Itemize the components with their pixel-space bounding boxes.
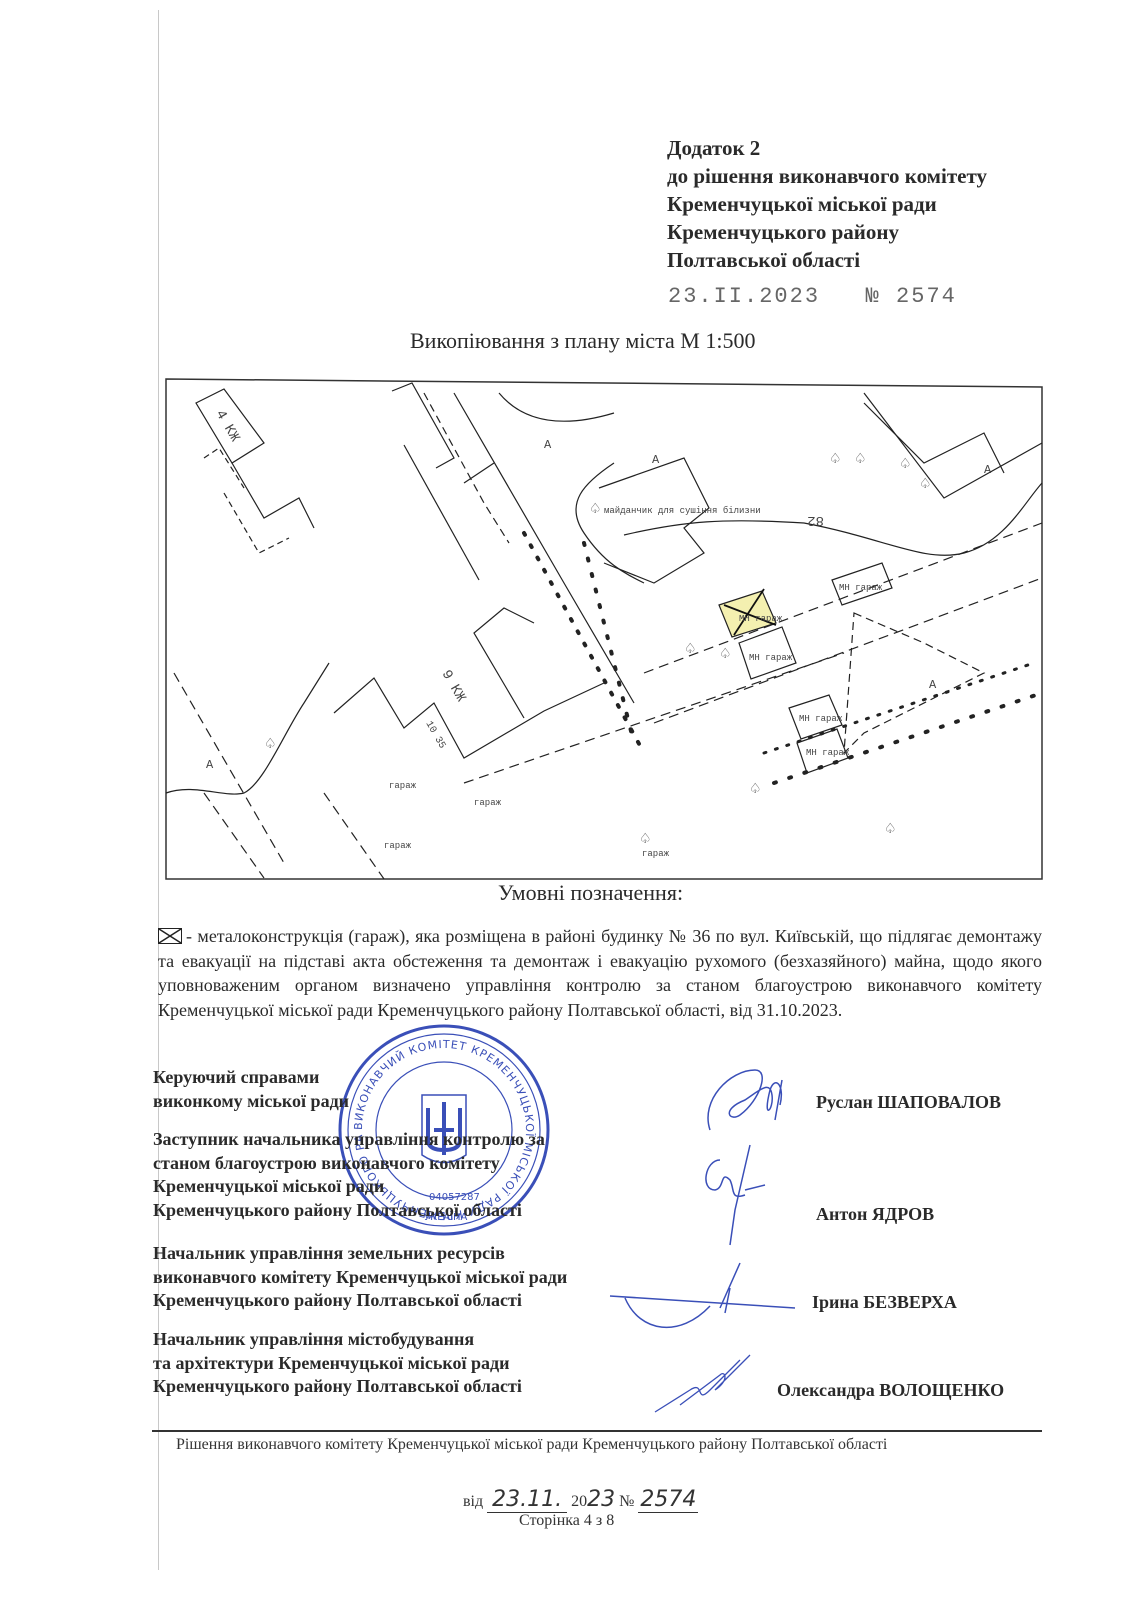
map-label-area-a-4: А — [984, 463, 992, 477]
registration-stamp: 23.II.2023 № 2574 — [668, 284, 957, 309]
annex-line-1: Додаток 2 — [667, 134, 987, 162]
map-label-area-a-3: А — [929, 678, 937, 692]
signatory-2-position: Заступник начальника управління контролю… — [153, 1128, 545, 1222]
position-line: Начальник управління містобудування — [153, 1328, 522, 1352]
annex-line-2: до рішення виконавчого комітету — [667, 162, 987, 190]
crossed-box-icon — [158, 928, 182, 944]
svg-text:♤: ♤ — [719, 646, 732, 662]
annex-header: Додаток 2 до рішення виконавчого комітет… — [667, 134, 987, 274]
svg-text:♤: ♤ — [639, 831, 652, 847]
map-label-garage-small-4: гараж — [384, 841, 412, 851]
position-line: Кременчуцького району Полтавської област… — [153, 1375, 522, 1399]
svg-text:♤: ♤ — [589, 501, 602, 517]
annex-line-5: Полтавської області — [667, 246, 987, 274]
svg-text:♤: ♤ — [884, 821, 897, 837]
svg-text:♤: ♤ — [684, 641, 697, 657]
map-title: Викопіювання з плану міста М 1:500 — [410, 328, 755, 354]
map-label-garage-small-3: гараж — [642, 849, 670, 859]
svg-text:♤: ♤ — [899, 456, 912, 472]
signatory-2-name: Антон ЯДРОВ — [816, 1204, 934, 1225]
legend-text: - металоконструкція (гараж), яка розміще… — [158, 926, 1042, 1020]
position-line: Начальник управління земельних ресурсів — [153, 1242, 567, 1266]
position-line: Керуючий справами — [153, 1066, 349, 1090]
signatory-4-position: Начальник управління містобудування та а… — [153, 1328, 522, 1399]
map-label-garage-3: МН гараж — [799, 714, 843, 724]
handwritten-date: 23.11. — [487, 1487, 567, 1513]
map-label-area-a-2: А — [652, 453, 660, 467]
map-label-building-9kzh: 9 КЖ — [438, 668, 469, 706]
svg-text:♤: ♤ — [919, 476, 932, 492]
map-label-garage-small-1: гараж — [389, 781, 417, 791]
map-label-garage-4: МН гараж — [806, 748, 850, 758]
svg-text:♤: ♤ — [854, 451, 867, 467]
position-line: станом благоустрою виконавчого комітету — [153, 1152, 545, 1176]
map-label-building-4kzh: 4 КЖ — [212, 408, 243, 446]
map-label-garage-small-2: гараж — [474, 798, 502, 808]
year-prefix: 20 — [571, 1493, 587, 1510]
position-line: виконавчого комітету Кременчуцької міськ… — [153, 1266, 567, 1290]
signature-4-scribble — [650, 1350, 770, 1420]
signatory-3-name: Ірина БЕЗВЕРХА — [812, 1292, 957, 1313]
svg-text:♤: ♤ — [264, 736, 277, 752]
map-label-floors: 10 35 — [423, 720, 448, 751]
map-label-garage-2: МН гараж — [749, 653, 793, 663]
position-line: Кременчуцького району Полтавської област… — [153, 1289, 567, 1313]
handwritten-year: 23 — [587, 1487, 615, 1512]
footer-divider — [152, 1430, 1042, 1432]
signatory-1-name: Руслан ШАПОВАЛОВ — [816, 1092, 1001, 1113]
removed-garage-marker — [719, 589, 776, 637]
page-number: Сторінка 4 з 8 — [519, 1512, 614, 1530]
city-plan-map: майданчик для сушіння білизни 9 КЖ 4 КЖ … — [164, 373, 1044, 881]
position-line: виконкому міської ради — [153, 1090, 349, 1114]
position-line: Кременчуцької міської ради — [153, 1175, 545, 1199]
stamp-date: 23.II.2023 — [668, 284, 820, 309]
signatory-3-position: Начальник управління земельних ресурсів … — [153, 1242, 567, 1313]
legend-description: - металоконструкція (гараж), яка розміще… — [158, 924, 1042, 1022]
svg-text:♤: ♤ — [829, 451, 842, 467]
signature-1-scribble — [700, 1060, 810, 1140]
svg-text:♤: ♤ — [749, 781, 762, 797]
footer-decision-title: Рішення виконавчого комітету Кременчуцьк… — [176, 1436, 887, 1454]
signatory-1-position: Керуючий справами виконкому міської ради — [153, 1066, 349, 1113]
number-label: № — [619, 1493, 634, 1510]
map-label-garage-1: МН гараж — [839, 583, 883, 593]
position-line: та архітектури Кременчуцької міської рад… — [153, 1352, 522, 1376]
from-label: від — [463, 1493, 483, 1510]
annex-line-4: Кременчуцького району — [667, 218, 987, 246]
map-label-area-a-5: А — [206, 758, 214, 772]
legend-title: Умовні позначення: — [498, 880, 683, 906]
map-label-contour: 82 — [807, 512, 824, 528]
signature-3-scribble — [600, 1258, 800, 1338]
map-label-area-a-1: А — [544, 438, 552, 452]
signatory-4-name: Олександра ВОЛОЩЕНКО — [777, 1380, 1004, 1401]
annex-line-3: Кременчуцької міської ради — [667, 190, 987, 218]
position-line: Заступник начальника управління контролю… — [153, 1128, 545, 1152]
stamp-number: № 2574 — [866, 284, 957, 309]
map-label-garage-removed: МН гараж — [739, 614, 783, 624]
map-label-site: майданчик для сушіння білизни — [604, 506, 761, 516]
signature-2-scribble — [690, 1140, 780, 1250]
position-line: Кременчуцького району Полтавської област… — [153, 1199, 545, 1223]
handwritten-number: 2574 — [638, 1487, 698, 1513]
footer-decision-date: від 23.11. 2023 № 2574 — [463, 1487, 698, 1513]
